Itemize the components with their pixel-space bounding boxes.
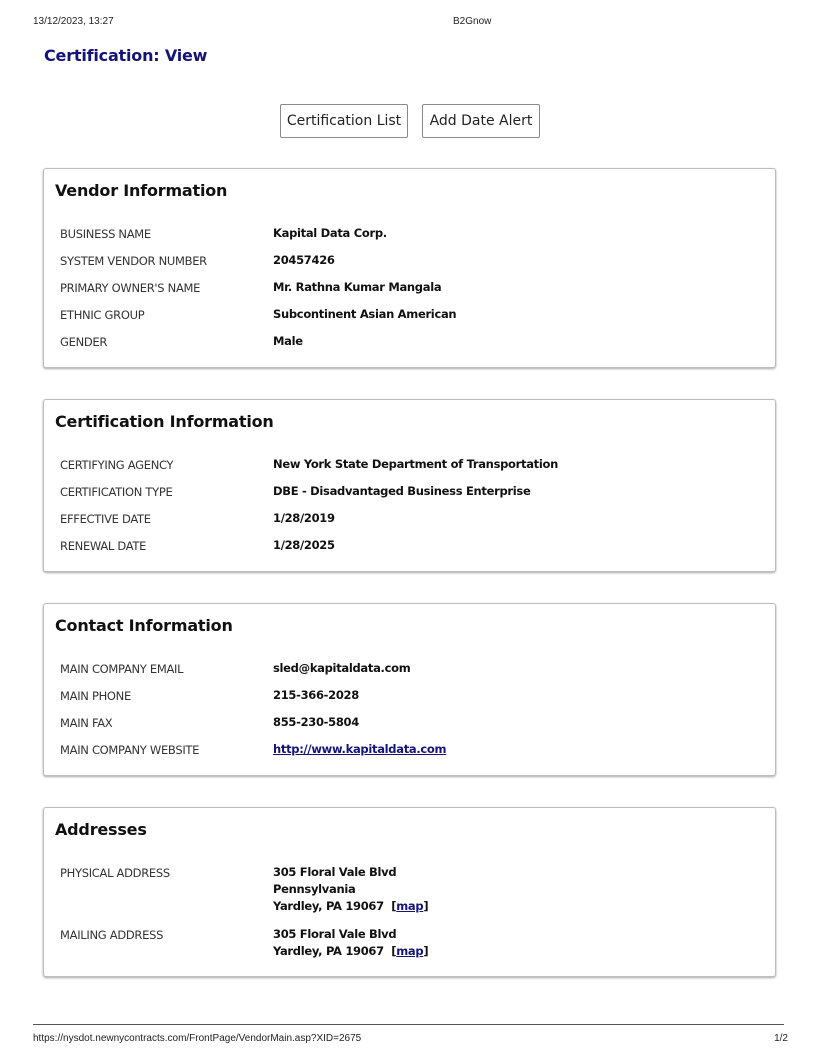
address-line: Pennsylvania	[273, 882, 355, 896]
field-certification-type: CERTIFICATION TYPE DBE - Disadvantaged B…	[60, 485, 765, 512]
address-line: Yardley, PA 19067	[273, 899, 384, 913]
field-gender: GENDER Male	[60, 335, 765, 362]
address-line: 305 Floral Vale Blvd	[273, 927, 396, 941]
field-label: RENEWAL DATE	[60, 539, 146, 553]
field-primary-owner-name: PRIMARY OWNER'S NAME Mr. Rathna Kumar Ma…	[60, 281, 765, 308]
field-main-fax: MAIN FAX 855-230-5804	[60, 716, 765, 743]
field-main-company-website: MAIN COMPANY WEBSITE http://www.kapitald…	[60, 743, 765, 770]
field-mailing-address: MAILING ADDRESS 305 Floral Vale Blvd Yar…	[60, 928, 765, 972]
address-value: 305 Floral Vale Blvd Pennsylvania Yardle…	[273, 864, 428, 915]
field-certifying-agency: CERTIFYING AGENCY New York State Departm…	[60, 458, 765, 485]
field-physical-address: PHYSICAL ADDRESS 305 Floral Vale Blvd Pe…	[60, 866, 765, 928]
bracket: ]	[423, 899, 428, 913]
bracket: ]	[423, 944, 428, 958]
field-label: PHYSICAL ADDRESS	[60, 866, 170, 880]
field-main-phone: MAIN PHONE 215-366-2028	[60, 689, 765, 716]
print-header: 13/12/2023, 13:27 B2Gnow	[33, 16, 784, 30]
field-renewal-date: RENEWAL DATE 1/28/2025	[60, 539, 765, 566]
field-label: PRIMARY OWNER'S NAME	[60, 281, 200, 295]
field-value: DBE - Disadvantaged Business Enterprise	[273, 483, 530, 500]
website-link[interactable]: http://www.kapitaldata.com	[273, 742, 446, 756]
field-label: ETHNIC GROUP	[60, 308, 144, 322]
field-value: 1/28/2025	[273, 537, 335, 554]
address-line: 305 Floral Vale Blvd	[273, 865, 396, 879]
field-value: New York State Department of Transportat…	[273, 456, 558, 473]
action-buttons: Certification List Add Date Alert	[0, 104, 817, 138]
field-label: SYSTEM VENDOR NUMBER	[60, 254, 207, 268]
field-value: 215-366-2028	[273, 687, 359, 704]
field-label: GENDER	[60, 335, 107, 349]
field-label: CERTIFICATION TYPE	[60, 485, 172, 499]
vendor-information-panel: Vendor Information BUSINESS NAME Kapital…	[43, 168, 776, 368]
panel-title: Addresses	[55, 820, 147, 839]
field-ethnic-group: ETHNIC GROUP Subcontinent Asian American	[60, 308, 765, 335]
field-label: MAIN FAX	[60, 716, 112, 730]
print-site-title: B2Gnow	[453, 16, 491, 27]
panel-title: Vendor Information	[55, 181, 227, 200]
print-url: https://nysdot.newnycontracts.com/FrontP…	[33, 1033, 361, 1044]
field-value: sled@kapitaldata.com	[273, 660, 410, 677]
field-value: Male	[273, 333, 303, 350]
field-main-company-email: MAIN COMPANY EMAIL sled@kapitaldata.com	[60, 662, 765, 689]
field-value: Subcontinent Asian American	[273, 306, 456, 323]
field-value: Kapital Data Corp.	[273, 225, 387, 242]
field-label: EFFECTIVE DATE	[60, 512, 151, 526]
address-value: 305 Floral Vale Blvd Yardley, PA 19067 […	[273, 926, 428, 960]
field-value: 855-230-5804	[273, 714, 359, 731]
print-footer: https://nysdot.newnycontracts.com/FrontP…	[33, 1024, 784, 1048]
certification-list-button[interactable]: Certification List	[280, 104, 408, 138]
field-value: 1/28/2019	[273, 510, 335, 527]
page-title: Certification: View	[44, 46, 207, 65]
print-datetime: 13/12/2023, 13:27	[33, 16, 114, 27]
map-link[interactable]: map	[396, 944, 423, 958]
field-label: MAIN COMPANY EMAIL	[60, 662, 183, 676]
field-label: BUSINESS NAME	[60, 227, 151, 241]
field-value: Mr. Rathna Kumar Mangala	[273, 279, 441, 296]
field-label: MAIN COMPANY WEBSITE	[60, 743, 199, 757]
add-date-alert-button[interactable]: Add Date Alert	[422, 104, 540, 138]
field-system-vendor-number: SYSTEM VENDOR NUMBER 20457426	[60, 254, 765, 281]
map-link[interactable]: map	[396, 899, 423, 913]
field-effective-date: EFFECTIVE DATE 1/28/2019	[60, 512, 765, 539]
panel-title: Certification Information	[55, 412, 274, 431]
contact-information-panel: Contact Information MAIN COMPANY EMAIL s…	[43, 603, 776, 776]
field-value: 20457426	[273, 252, 335, 269]
page-indicator: 1/2	[774, 1033, 788, 1044]
addresses-panel: Addresses PHYSICAL ADDRESS 305 Floral Va…	[43, 807, 776, 977]
field-business-name: BUSINESS NAME Kapital Data Corp.	[60, 227, 765, 254]
panel-title: Contact Information	[55, 616, 233, 635]
field-label: CERTIFYING AGENCY	[60, 458, 173, 472]
field-label: MAIN PHONE	[60, 689, 131, 703]
field-label: MAILING ADDRESS	[60, 928, 163, 942]
address-line: Yardley, PA 19067	[273, 944, 384, 958]
certification-information-panel: Certification Information CERTIFYING AGE…	[43, 399, 776, 572]
